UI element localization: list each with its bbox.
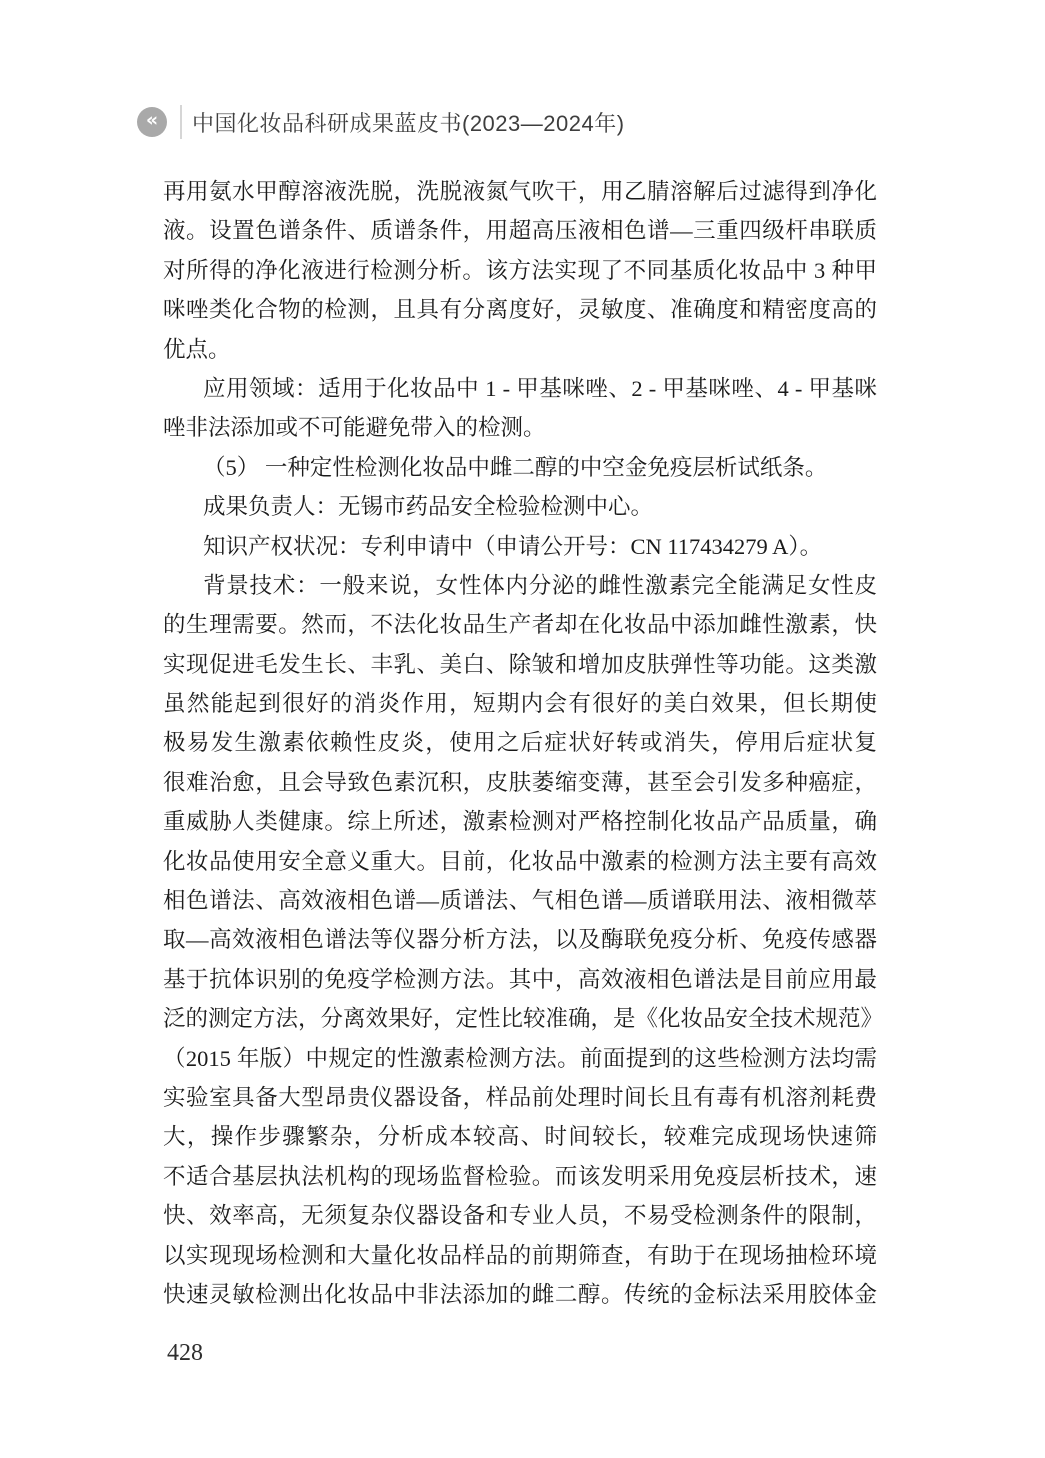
body-line: 唑非法添加或不可能避免带入的检测。 [163,408,877,447]
body-line: 背景技术：一般来说，女性体内分泌的雌性激素完全能满足女性皮肤 [163,566,877,605]
body-text: 再用氨水甲醇溶液洗脱，洗脱液氮气吹干，用乙腈溶解后过滤得到净化液。设置色谱条件、… [163,172,877,1314]
body-line: 以实现现场检测和大量化妆品样品的前期筛查，有助于在现场抽检环境下 [163,1236,877,1275]
body-line: 应用领域：适用于化妆品中 1 - 甲基咪唑、2 - 甲基咪唑、4 - 甲基咪 [163,369,877,408]
book-title: 中国化妆品科研成果蓝皮书(2023—2024年) [192,107,625,138]
body-line: 再用氨水甲醇溶液洗脱，洗脱液氮气吹干，用乙腈溶解后过滤得到净化 [163,172,877,211]
header-divider [180,105,182,139]
double-chevron-left-icon: « [137,107,167,137]
body-line: 快、效率高，无须复杂仪器设备和专业人员，不易受检测条件的限制，可 [163,1196,877,1235]
body-line: 取—高效液相色谱法等仪器分析方法，以及酶联免疫分析、免疫传感器等 [163,920,877,959]
body-line: 对所得的净化液进行检测分析。该方法实现了不同基质化妆品中 3 种甲基 [163,251,877,290]
body-line: 虽然能起到很好的消炎作用，短期内会有很好的美白效果，但长期使用， [163,684,877,723]
body-line: 液。设置色谱条件、质谱条件，用超高压液相色谱—三重四级杆串联质谱 [163,211,877,250]
body-line: 化妆品使用安全意义重大。目前，化妆品中激素的检测方法主要有高效液 [163,842,877,881]
body-line: 快速灵敏检测出化妆品中非法添加的雌二醇。传统的金标法采用胶体金标 [163,1275,877,1314]
body-line: 很难治愈，且会导致色素沉积，皮肤萎缩变薄，甚至会引发多种癌症，严 [163,763,877,802]
body-line: 极易发生激素依赖性皮炎，使用之后症状好转或消失，停用后症状复发， [163,723,877,762]
page-number: 428 [167,1340,203,1367]
body-line: 知识产权状况：专利申请中（申请公开号：CN 117434279 A）。 [163,527,877,566]
body-line: 实现促进毛发生长、丰乳、美白、除皱和增加皮肤弹性等功能。这类激素 [163,645,877,684]
document-page: « 中国化妆品科研成果蓝皮书(2023—2024年) 再用氨水甲醇溶液洗脱，洗脱… [0,0,1045,1458]
body-line: （2015 年版）中规定的性激素检测方法。前面提到的这些检测方法均需要 [163,1039,877,1078]
body-line: 大，操作步骤繁杂，分析成本较高、时间较长，较难完成现场快速筛查， [163,1117,877,1156]
body-line: 重威胁人类健康。综上所述，激素检测对严格控制化妆品产品质量，确保 [163,802,877,841]
body-line: 不适合基层执法机构的现场监督检验。而该发明采用免疫层析技术，速度 [163,1157,877,1196]
body-line: 实验室具备大型昂贵仪器设备，样品前处理时间长且有毒有机溶剂耗费量 [163,1078,877,1117]
body-line: 相色谱法、高效液相色谱—质谱法、气相色谱—质谱联用法、液相微萃 [163,881,877,920]
body-line: （5） 一种定性检测化妆品中雌二醇的中空金免疫层析试纸条。 [163,448,877,487]
page-header: « 中国化妆品科研成果蓝皮书(2023—2024年) [137,104,625,140]
body-line: 的生理需要。然而，不法化妆品生产者却在化妆品中添加雌性激素，快速 [163,605,877,644]
body-line: 成果负责人：无锡市药品安全检验检测中心。 [163,487,877,526]
body-line: 咪唑类化合物的检测，且具有分离度好，灵敏度、准确度和精密度高的 [163,290,877,329]
body-line: 泛的测定方法，分离效果好，定性比较准确，是《化妆品安全技术规范》 [163,999,877,1038]
body-line: 优点。 [163,330,877,369]
body-line: 基于抗体识别的免疫学检测方法。其中，高效液相色谱法是目前应用最广 [163,960,877,999]
